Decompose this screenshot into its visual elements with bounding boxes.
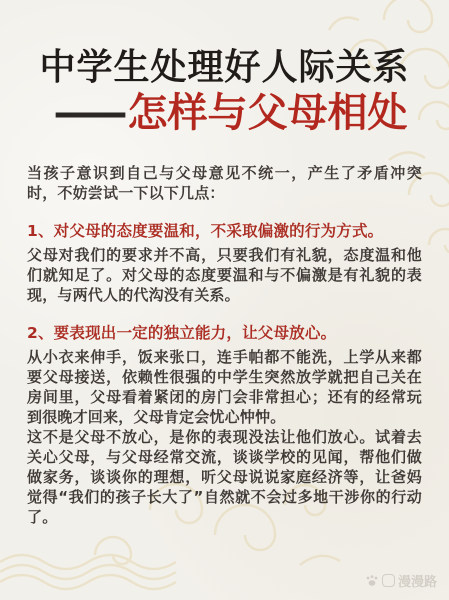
poster-title-line1: 中学生处理好人际关系: [0, 46, 449, 89]
section-1-paragraph: 父母对我们的要求并不高，只要我们有礼貌，态度温和他们就知足了。对父母的态度要温和…: [27, 245, 422, 305]
title-block: 中学生处理好人际关系 ——怎样与父母相处: [0, 46, 449, 137]
section-1-heading: 1、对父母的态度要温和，不采取偏激的行为方式。: [27, 221, 422, 241]
watermark: 漫漫路: [365, 571, 437, 590]
watermark-logo-icon: [382, 574, 395, 587]
poster: 中学生处理好人际关系 ——怎样与父母相处 当孩子意识到自己与父母意见不统一，产生…: [0, 0, 449, 600]
paw-icon: [365, 574, 379, 588]
poster-title-line2: ——怎样与父母相处: [6, 89, 449, 137]
section-2-paragraph-2: 这不是父母不放心，是你的表现没法让他们放心。试着去关心父母，与父母经常交流，谈谈…: [27, 427, 422, 527]
section-2-paragraph-1: 从小衣来伸手，饭来张口，连手帕都不能洗，上学从来都要父母接送，依赖性很强的中学生…: [27, 347, 422, 427]
title-dash: ——: [54, 90, 122, 136]
content: 当孩子意识到自己与父母意见不统一，产生了矛盾冲突时，不妨尝试一下以下几点： 1、…: [27, 163, 422, 527]
poster-title-line2-red: 怎样与父母相处: [128, 90, 408, 136]
watermark-text: 漫漫路: [398, 571, 437, 590]
intro-paragraph: 当孩子意识到自己与父母意见不统一，产生了矛盾冲突时，不妨尝试一下以下几点：: [27, 163, 422, 203]
section-2-heading: 2、要表现出一定的独立能力，让父母放心。: [27, 323, 422, 343]
